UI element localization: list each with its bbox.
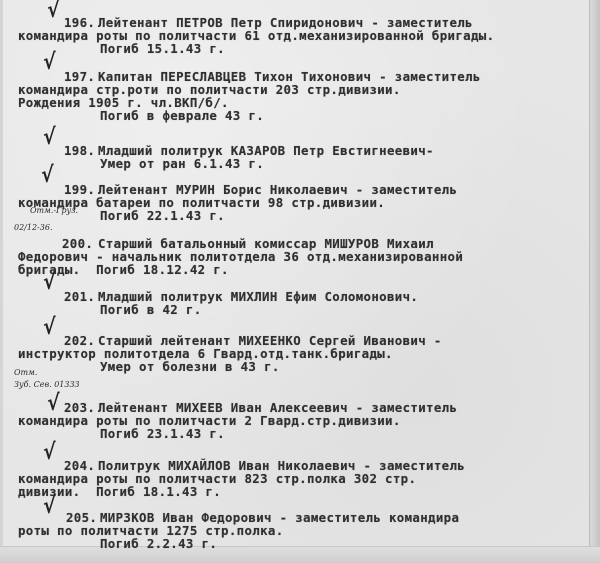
check-mark-icon: √ [43, 272, 55, 294]
page-left-edge [0, 0, 3, 563]
entry-text-line: Погиб 23.1.43 г. [100, 427, 225, 440]
check-mark-icon: √ [43, 496, 55, 518]
page-bottom-edge [0, 546, 600, 563]
check-mark-icon: √ [43, 442, 55, 464]
check-mark-icon: √ [43, 317, 55, 339]
handwritten-margin-note: Зуб. Сев. 01333 [14, 380, 80, 389]
check-mark-icon: √ [47, 393, 59, 415]
handwritten-margin-note: Отм. [14, 368, 37, 377]
check-mark-icon: √ [41, 165, 53, 187]
entry-number: 199. [64, 183, 95, 196]
entry-number: 200. [62, 237, 93, 250]
entry-text-line: Погиб 2.2.43 г. [100, 537, 217, 550]
entry-text-line: Умер от ран 6.1.43 г. [100, 157, 264, 170]
entry-text-line: Погиб в феврале 43 г. [100, 109, 264, 122]
entry-text-line: Погиб 15.1.43 г. [100, 42, 225, 55]
entry-number: 198. [64, 144, 95, 157]
check-mark-icon: √ [43, 127, 55, 149]
entry-number: 205. [66, 511, 97, 524]
entry-number: 201. [64, 290, 95, 303]
check-mark-icon: √ [47, 0, 59, 22]
entry-number: 197. [64, 70, 95, 83]
page-right-edge [589, 0, 600, 563]
document-page: √Лейтенант ПЕТРОВ Петр Спиридонович - за… [0, 0, 600, 563]
check-mark-icon: √ [43, 52, 55, 74]
entry-number: 202. [64, 334, 95, 347]
handwritten-margin-note: Отм.-Груз. [30, 206, 78, 215]
handwritten-margin-note: 02/12-36. [14, 223, 52, 232]
entry-number: 203. [64, 401, 95, 414]
entry-text-line: Погиб 22.1.43 г. [100, 209, 225, 222]
entry-text-line: командира роты по политчасти 61 отд.меха… [18, 29, 494, 42]
entry-text-line: Погиб в 42 г. [100, 303, 202, 316]
entry-text-line: Умер от болезни в 43 г. [100, 360, 280, 373]
entry-number: 196. [64, 16, 95, 29]
entry-number: 204. [64, 459, 95, 472]
